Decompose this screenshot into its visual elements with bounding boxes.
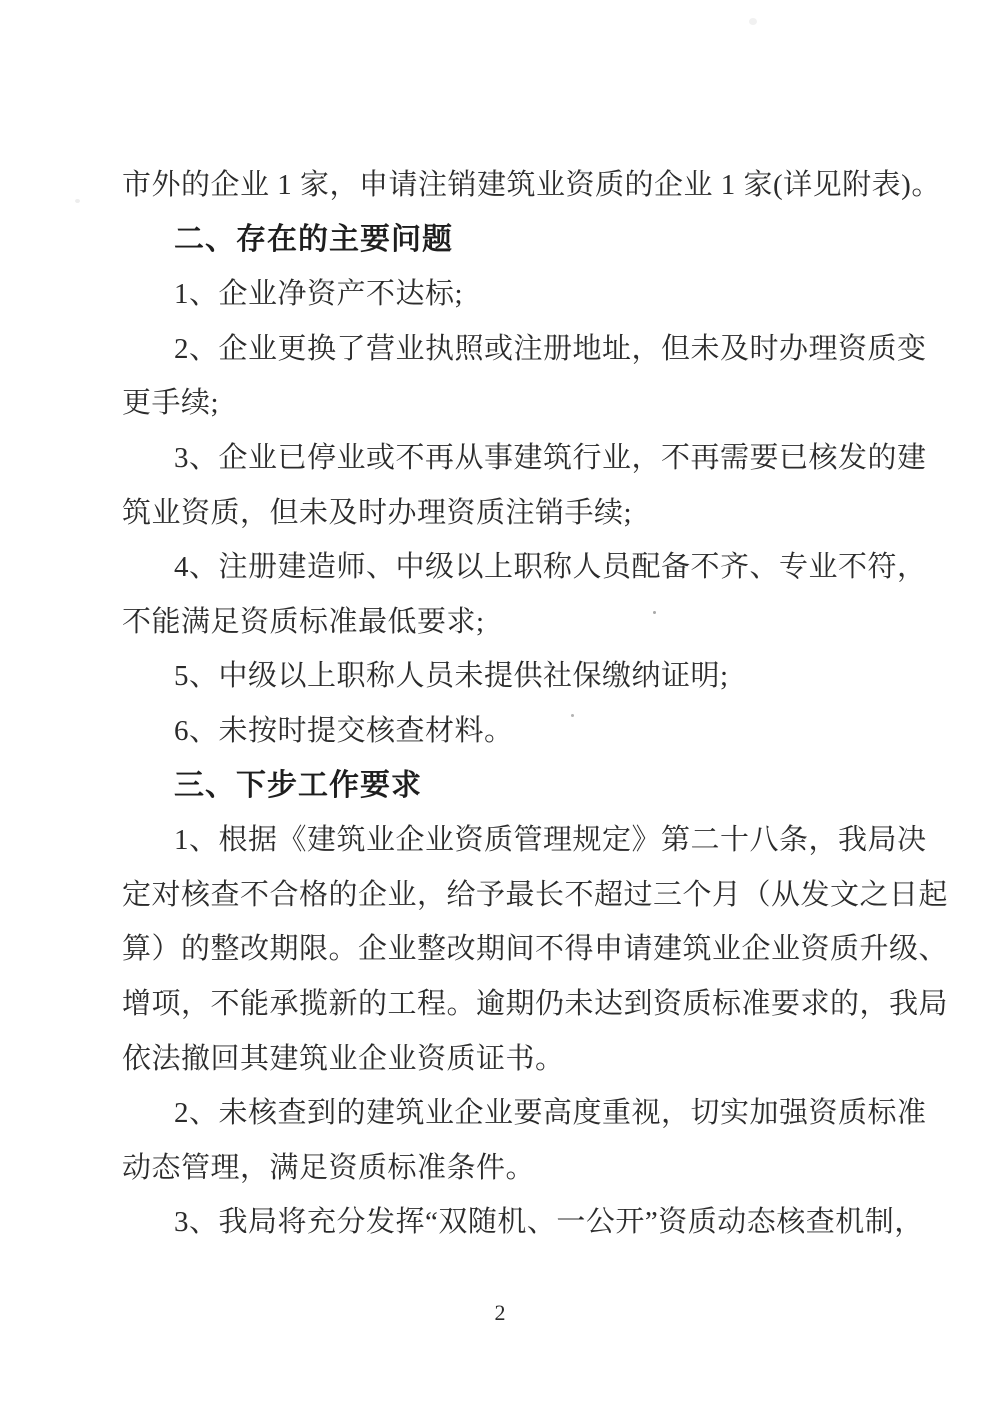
text-line: 市外的企业 1 家，申请注销建筑业资质的企业 1 家(详见附表)。 [122,158,938,213]
text-line: 算）的整改期限。企业整改期间不得申请建筑业企业资质升级、 [122,922,938,977]
document-body: 市外的企业 1 家，申请注销建筑业资质的企业 1 家(详见附表)。二、存在的主要… [122,158,938,1250]
text-line: 2、企业更换了营业执照或注册地址，但未及时办理资质变 [122,322,938,377]
text-line: 筑业资质，但未及时办理资质注销手续; [122,486,938,541]
text-line: 2、未核查到的建筑业企业要高度重视，切实加强资质标准 [122,1086,938,1141]
text-line: 定对核查不合格的企业，给予最长不超过三个月（从发文之日起 [122,868,938,923]
scan-speck [749,18,757,25]
section-heading: 三、下步工作要求 [122,759,938,814]
text-line: 3、企业已停业或不再从事建筑行业，不再需要已核发的建 [122,431,938,486]
text-line: 1、企业净资产不达标; [122,267,938,322]
text-line: 5、中级以上职称人员未提供社保缴纳证明; [122,649,938,704]
text-line: 6、未按时提交核查材料。 [122,704,938,759]
text-line: 更手续; [122,376,938,431]
page-number: 2 [0,1300,1000,1326]
text-line: 不能满足资质标准最低要求; [122,595,938,650]
text-line: 1、根据《建筑业企业资质管理规定》第二十八条，我局决 [122,813,938,868]
text-line: 3、我局将充分发挥“双随机、一公开”资质动态核查机制， [122,1195,938,1250]
scan-speck [75,199,80,203]
text-line: 增项，不能承揽新的工程。逾期仍未达到资质标准要求的，我局 [122,977,938,1032]
document-page: 市外的企业 1 家，申请注销建筑业资质的企业 1 家(详见附表)。二、存在的主要… [0,0,1000,1413]
text-line: 依法撤回其建筑业企业资质证书。 [122,1032,938,1087]
section-heading: 二、存在的主要问题 [122,213,938,268]
text-line: 动态管理，满足资质标准条件。 [122,1141,938,1196]
text-line: 4、注册建造师、中级以上职称人员配备不齐、专业不符， [122,540,938,595]
